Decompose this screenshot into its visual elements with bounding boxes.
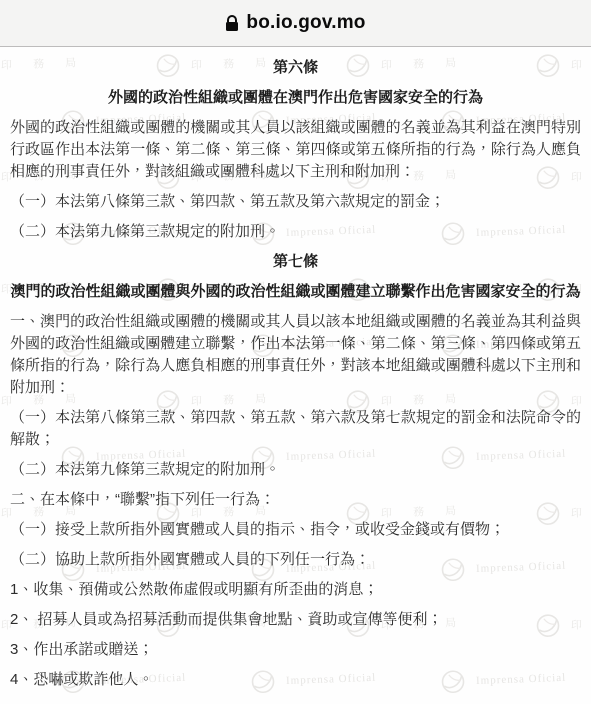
article-7-paragraph-2: 二、在本條中，“聯繫”指下列任一行為： [10, 489, 581, 511]
document-page: 印 務 局印 務 局印 務 局印 務 局Imprensa OficialImpr… [0, 47, 591, 704]
article-7-para2-item-2: （二）協助上款所指外國實體或人員的下列任一行為： [10, 549, 581, 571]
browser-address-bar[interactable]: bo.io.gov.mo [0, 0, 591, 47]
article-6-paragraph: 外國的政治性組織或團體的機關或其人員以該組織或團體的名義並為其利益在澳門特別行政… [10, 117, 581, 183]
article-7-paragraph-1: 一、澳門的政治性組織或團體的機關或其人員以該本地組織或團體的名義並為其利益與外國… [10, 311, 581, 399]
article-7-subitem-1: 1、收集、預備或公然散佈虛假或明顯有所歪曲的消息； [10, 579, 581, 601]
url-text: bo.io.gov.mo [246, 12, 365, 34]
article-7-para2-item-1: （一）接受上款所指外國實體或人員的指示、指令，或收受金錢或有價物； [10, 519, 581, 541]
article-7-number: 第七條 [10, 251, 581, 273]
article-7-subitem-3: 3、作出承諾或贈送； [10, 639, 581, 661]
article-6-title: 外國的政治性組織或團體在澳門作出危害國家安全的行為 [10, 87, 581, 109]
article-7-title: 澳門的政治性組織或團體與外國的政治性組織或團體建立聯繫作出危害國家安全的行為 [10, 281, 581, 303]
article-7-item-1: （一）本法第八條第三款、第四款、第五款、第六款及第七款規定的罰金和法院命令的解散… [10, 407, 581, 451]
article-7-subitem-2: 2、 招募人員或為招募活動而提供集會地點、資助或宣傳等便利； [10, 609, 581, 631]
article-7-subitem-4: 4、恐嚇或欺詐他人。 [10, 669, 581, 691]
article-7-item-2: （二）本法第九條第三款規定的附加刑。 [10, 459, 581, 481]
document-content: 第六條 外國的政治性組織或團體在澳門作出危害國家安全的行為 外國的政治性組織或團… [0, 47, 591, 691]
lock-icon [225, 15, 239, 32]
article-6-number: 第六條 [10, 57, 581, 79]
article-6-item-2: （二）本法第九條第三款規定的附加刑。 [10, 221, 581, 243]
article-6-item-1: （一）本法第八條第三款、第四款、第五款及第六款規定的罰金； [10, 191, 581, 213]
